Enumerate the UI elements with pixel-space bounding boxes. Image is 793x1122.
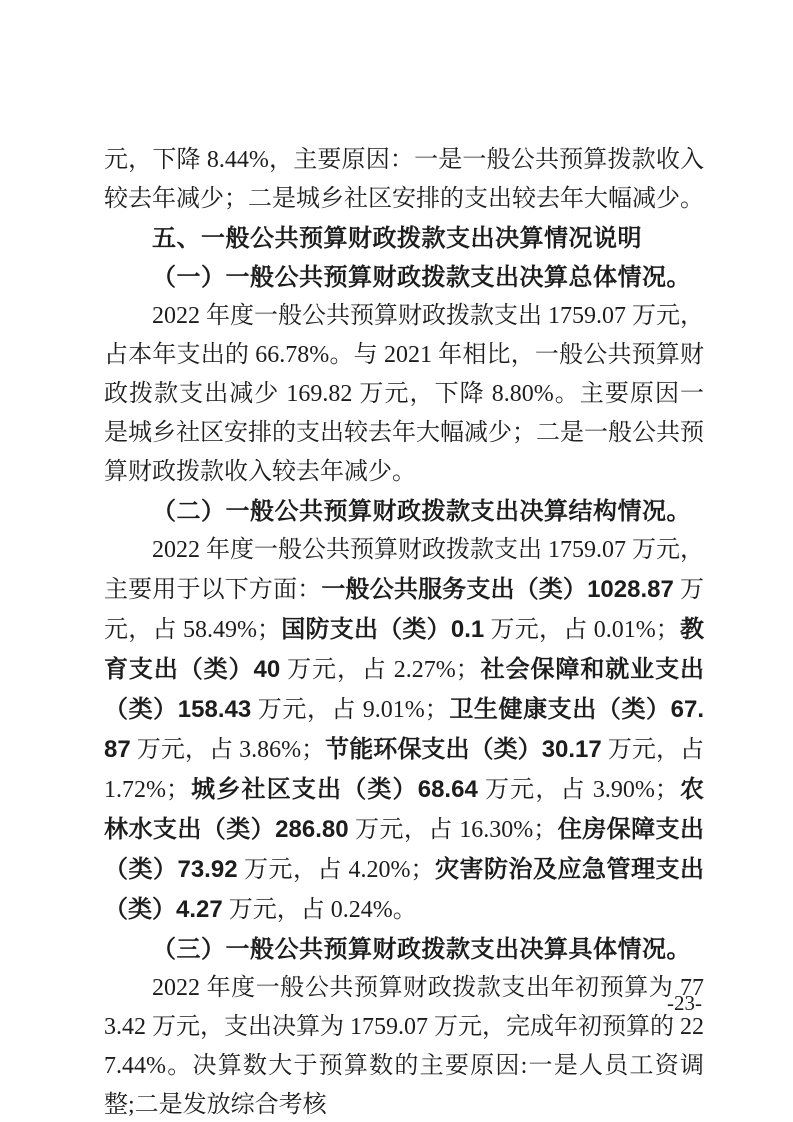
paragraph-continuation: 元，下降 8.44%，主要原因：一是一般公共预算拨款收入较去年减少；二是城乡社区…	[104, 141, 704, 219]
bold-text-segment: （一）一般公共预算财政拨款支出决算总体情况。	[152, 264, 691, 291]
text-segment: 万元，占 16.30%；	[349, 817, 558, 843]
bold-text-segment: 五、一般公共预算财政拨款支出决算情况说明	[152, 225, 642, 252]
paragraph-structure: 2022 年度一般公共预算财政拨款支出 1759.07 万元，主要用于以下方面：…	[104, 531, 704, 930]
text-segment: 万元，占 3.86%；	[131, 737, 325, 763]
text-segment: 万元，占 0.24%。	[223, 897, 417, 923]
text-column: 元，下降 8.44%，主要原因：一是一般公共预算拨款收入较去年减少；二是城乡社区…	[104, 141, 704, 1122]
document-page: 元，下降 8.44%，主要原因：一是一般公共预算拨款收入较去年减少；二是城乡社区…	[0, 0, 793, 1122]
heading-subsection-1: （一）一般公共预算财政拨款支出决算总体情况。	[104, 258, 704, 297]
bold-text-segment: 城乡社区支出（类）68.64	[190, 776, 478, 803]
page-number: -23-	[667, 991, 702, 1015]
paragraph-overall: 2022 年度一般公共预算财政拨款支出 1759.07 万元，占本年支出的 66…	[104, 297, 704, 492]
bold-text-segment: （二）一般公共预算财政拨款支出决算结构情况。	[152, 498, 691, 525]
heading-subsection-2: （二）一般公共预算财政拨款支出决算结构情况。	[104, 492, 704, 531]
bold-text-segment: 国防支出（类）0.1	[281, 616, 484, 643]
text-segment: 万元，占 0.01%；	[484, 617, 679, 643]
text-segment: 2022 年度一般公共预算财政拨款支出 1759.07 万元，占本年支出的 66…	[104, 303, 704, 485]
bold-text-segment: 一般公共服务支出（类）1028.87	[321, 576, 673, 603]
text-segment: 万元，占 3.90%；	[478, 777, 679, 803]
bold-text-segment: （三）一般公共预算财政拨款支出决算具体情况。	[152, 936, 691, 963]
text-segment: 万元，占 4.20%；	[238, 857, 435, 883]
bold-text-segment: 节能环保支出（类）30.17	[325, 736, 602, 763]
text-segment: 2022 年度一般公共预算财政拨款支出年初预算为 773.42 万元，支出决算为…	[104, 975, 704, 1118]
heading-section-5: 五、一般公共预算财政拨款支出决算情况说明	[104, 219, 704, 258]
text-segment: 万元，占 2.27%；	[280, 657, 480, 683]
text-segment: 元，下降 8.44%，主要原因：一是一般公共预算拨款收入较去年减少；二是城乡社区…	[104, 147, 704, 212]
text-segment: 万元，占 9.01%；	[251, 697, 449, 723]
paragraph-specific: 2022 年度一般公共预算财政拨款支出年初预算为 773.42 万元，支出决算为…	[104, 969, 704, 1122]
heading-subsection-3: （三）一般公共预算财政拨款支出决算具体情况。	[104, 930, 704, 969]
